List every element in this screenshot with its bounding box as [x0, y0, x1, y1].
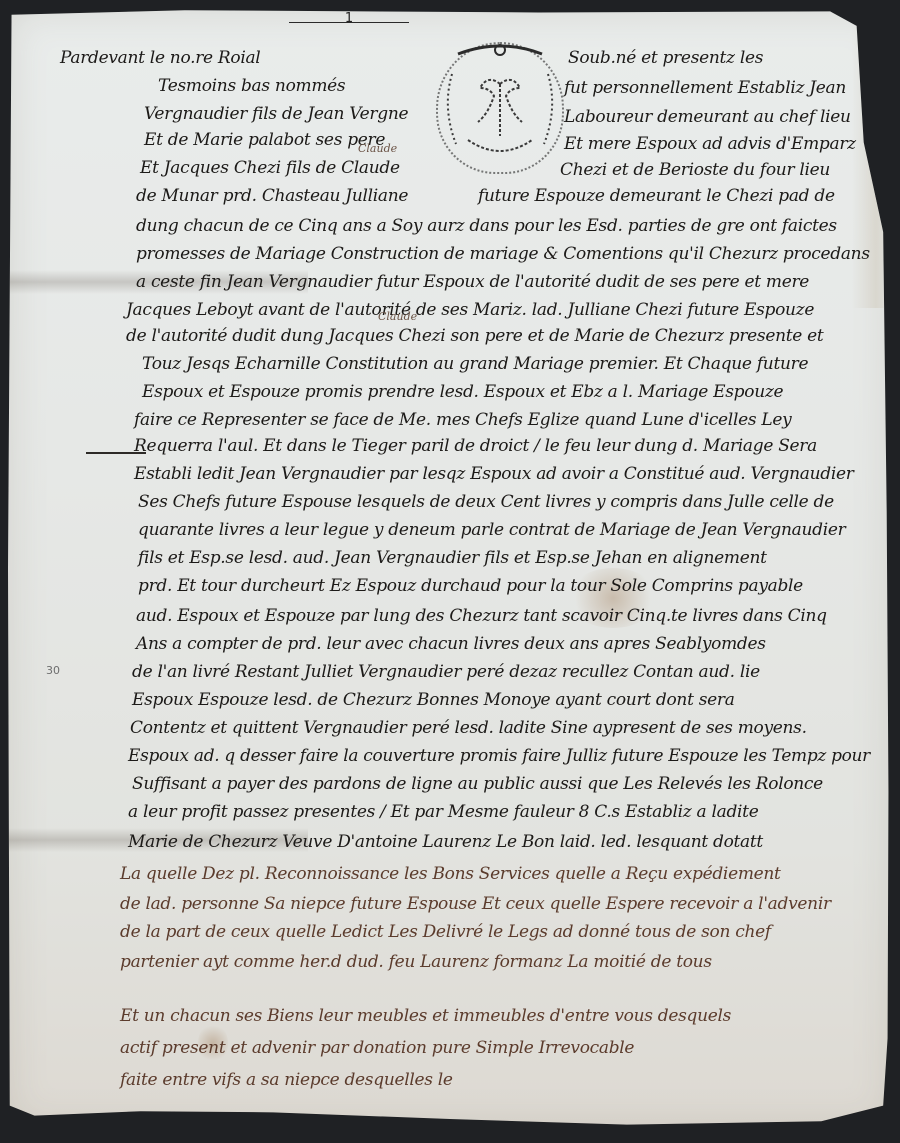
text-line: Contentz et quittent Vergnaudier peré le… — [130, 718, 807, 738]
text-line: future Espouze demeurant le Chezi pad de — [478, 186, 835, 206]
interlinear-insert: Claude — [378, 310, 417, 323]
text-line: Marie de Chezurz Veuve D'antoine Laurenz… — [128, 832, 763, 852]
interlinear-insert: Claude — [358, 142, 397, 155]
text-line: a ceste fin Jean Vergnaudier futur Espou… — [136, 272, 809, 292]
text-line: dung chacun de ce Cinq ans a Soy aurz da… — [136, 216, 837, 236]
fleur-de-lis-icon — [438, 44, 562, 172]
text-line: fut personnellement Establiz Jean — [564, 78, 846, 98]
text-line: de lad. personne Sa niepce future Espous… — [120, 894, 831, 914]
text-line: Espoux et Espouze promis prendre lesd. E… — [142, 382, 783, 402]
text-line: de l'an livré Restant Julliet Vergnaudie… — [132, 662, 760, 682]
text-line: promesses de Mariage Construction de mar… — [136, 244, 870, 264]
text-line: Vergnaudier fils de Jean Vergne — [144, 104, 408, 124]
text-line: Et mere Espoux ad advis d'Emparz — [564, 134, 856, 154]
text-line: a leur profit passez presentes / Et par … — [128, 802, 758, 822]
text-line: Pardevant le no.re Roial — [60, 48, 260, 68]
text-line: Et Jacques Chezi fils de Claude — [140, 158, 400, 178]
text-line: de Munar prd. Chasteau Julliane — [136, 186, 408, 206]
text-line: Laboureur demeurant au chef lieu — [564, 107, 851, 127]
text-line: Suffisant a payer des pardons de ligne a… — [132, 774, 823, 794]
text-line: Chezi et de Berioste du four lieu — [560, 160, 830, 180]
margin-note: 30 — [46, 664, 60, 677]
text-line: de l'autorité dudit dung Jacques Chezi s… — [126, 326, 823, 346]
text-line: fils et Esp.se lesd. aud. Jean Vergnaudi… — [138, 548, 767, 568]
stamp-seal — [436, 42, 564, 174]
text-line: faite entre vifs a sa niepce desquelles … — [120, 1070, 453, 1090]
text-line: aud. Espoux et Espouze par lung des Chez… — [136, 606, 827, 626]
text-line: partenier ayt comme her.d dud. feu Laure… — [120, 952, 712, 972]
text-line: Et un chacun ses Biens leur meubles et i… — [120, 1006, 731, 1026]
text-line: Espoux Espouze lesd. de Chezurz Bonnes M… — [132, 690, 735, 710]
text-line: prd. Et tour durcheurt Ez Espouz durchau… — [138, 576, 803, 596]
text-line: La quelle Dez pl. Reconnoissance les Bon… — [120, 864, 781, 884]
page-number: 1 — [289, 22, 409, 38]
manuscript-page: 1 30 Pardevant le no.re Roial Soub.né et… — [8, 8, 892, 1128]
text-line: quarante livres a leur legue y deneum pa… — [138, 520, 845, 540]
text-line: faire ce Representer se face de Me. mes … — [134, 410, 791, 430]
text-line: Et de Marie palabot ses pere — [144, 130, 385, 150]
text-line: de la part de ceux quelle Ledict Les Del… — [120, 922, 771, 942]
text-line: Ses Chefs future Espouse lesquels de deu… — [138, 492, 834, 512]
text-line: Establi ledit Jean Vergnaudier par lesqz… — [134, 464, 854, 484]
text-line: Requerra l'aul. Et dans le Tieger paril … — [134, 436, 817, 456]
text-line: Espoux ad. q desser faire la couverture … — [128, 746, 870, 766]
text-line: Ans a compter de prd. leur avec chacun l… — [136, 634, 766, 654]
text-line: Soub.né et presentz les — [568, 48, 763, 68]
text-line: Touz Jesqs Echarnille Constitution au gr… — [142, 354, 808, 374]
text-line: Tesmoins bas nommés — [158, 76, 345, 96]
text-line: Jacques Leboyt avant de l'autorité de se… — [126, 300, 814, 320]
text-line: actif present et advenir par donation pu… — [120, 1038, 634, 1058]
